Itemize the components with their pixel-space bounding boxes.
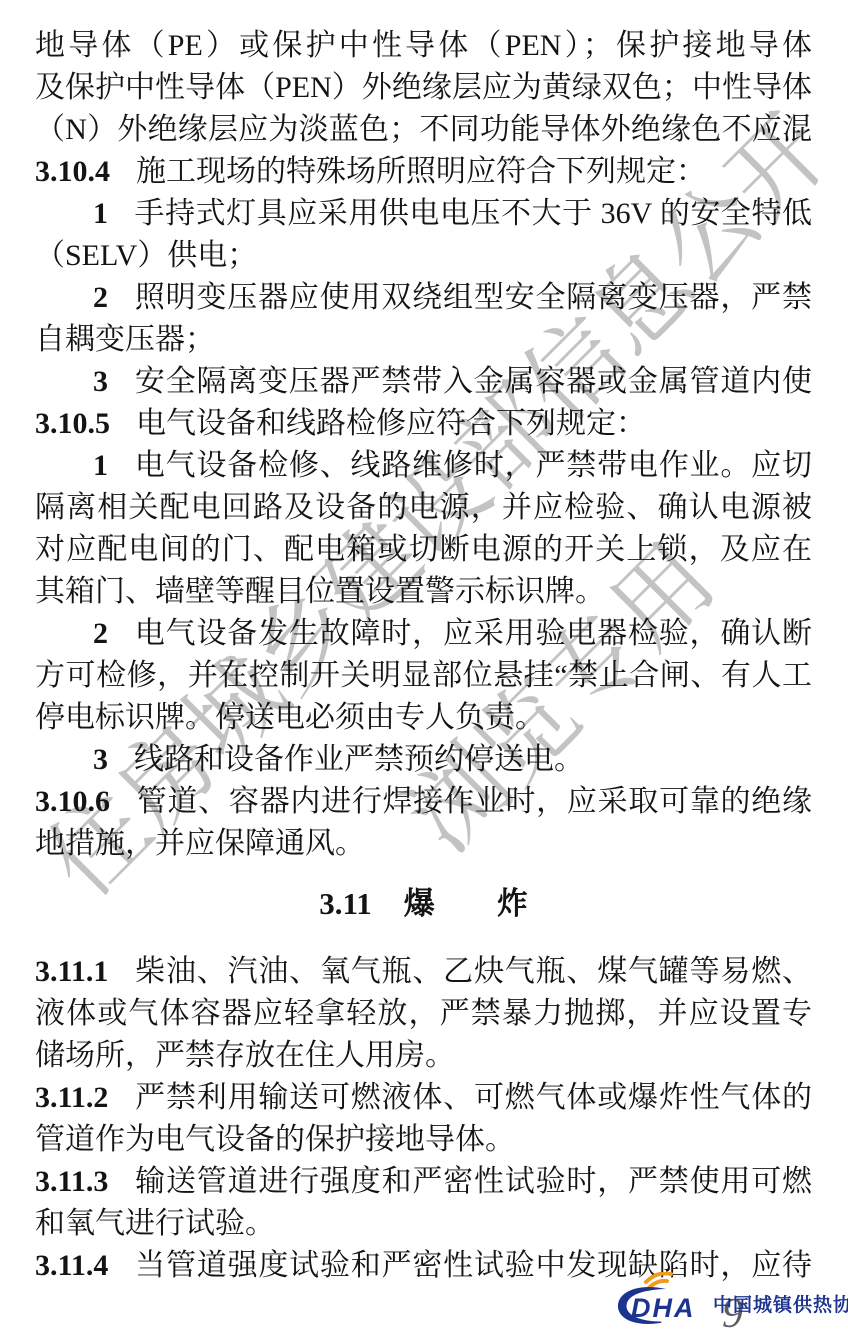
line-text: 施工现场的特殊场所照明应符合下列规定： xyxy=(136,155,706,188)
line-text: 线路和设备作业严禁预约停送电。 xyxy=(134,743,584,776)
clause-number: 3.10.5 xyxy=(35,407,110,440)
text-line: （N）外绝缘层应为淡蓝色；不同功能导体外绝缘色不应混用。 xyxy=(35,109,812,151)
line-text: 和氧气进行试验。 xyxy=(35,1207,275,1240)
line-text: 地措施，并应保障通风。 xyxy=(35,827,365,860)
clause-number: 3.11.4 xyxy=(35,1249,108,1282)
section-3-10-text-block: 地导体（PE）或保护中性导体（PEN）；保护接地导体（PE）及保护中性导体（PE… xyxy=(35,25,812,865)
text-line: 和氧气进行试验。 xyxy=(35,1203,812,1245)
document-page: 住房城乡建设部信息公开 浏览专用 地导体（PE）或保护中性导体（PEN）；保护接… xyxy=(0,0,848,1337)
line-text: 液体或气体容器应轻拿轻放，严禁暴力抛掷，并应设置专门的存 xyxy=(35,997,812,1035)
text-line: 隔离相关配电回路及设备的电源，并应检验、确认电源被切除， xyxy=(35,487,812,529)
section-3-11-text-block: 3.11.1柴油、汽油、氧气瓶、乙炔气瓶、煤气罐等易燃、易爆液体或气体容器应轻拿… xyxy=(35,951,812,1287)
line-text: 自耦变压器； xyxy=(35,323,215,356)
text-line: 3.11.2严禁利用输送可燃液体、可燃气体或爆炸性气体的金属 xyxy=(35,1077,812,1119)
line-text: 严禁利用输送可燃液体、可燃气体或爆炸性气体的金属 xyxy=(35,1081,812,1119)
line-text: 隔离相关配电回路及设备的电源，并应检验、确认电源被切除， xyxy=(35,491,812,529)
text-line: 3线路和设备作业严禁预约停送电。 xyxy=(35,739,812,781)
section-heading-number: 3.11 xyxy=(319,886,372,921)
text-line: 停电标识牌。停送电必须由专人负责。 xyxy=(35,697,812,739)
association-logo: DHA 中国城镇供热协会 xyxy=(610,1272,848,1335)
clause-number: 1 xyxy=(93,197,108,230)
line-text: 停电标识牌。停送电必须由专人负责。 xyxy=(35,701,545,734)
text-line: 方可检修，并在控制开关明显部位悬挂“禁止合闸、有人工作” xyxy=(35,655,812,697)
text-line: 1手持式灯具应采用供电电压不大于 36V 的安全特低电压 xyxy=(35,193,812,235)
line-text: 输送管道进行强度和严密性试验时，严禁使用可燃气体 xyxy=(35,1165,812,1203)
line-text: 手持式灯具应采用供电电压不大于 36V 的安全特低电压 xyxy=(93,197,812,235)
text-line: 储场所，严禁存放在住人用房。 xyxy=(35,1035,812,1077)
text-line: 3.10.4施工现场的特殊场所照明应符合下列规定： xyxy=(35,151,812,193)
clause-number: 3.10.4 xyxy=(35,155,110,188)
line-text: 照明变压器应使用双绕组型安全隔离变压器，严禁采用 xyxy=(93,281,812,319)
line-text: 其箱门、墙壁等醒目位置设置警示标识牌。 xyxy=(35,575,605,608)
clause-number: 3 xyxy=(93,743,108,776)
text-line: 其箱门、墙壁等醒目位置设置警示标识牌。 xyxy=(35,571,812,613)
text-line: 3安全隔离变压器严禁带入金属容器或金属管道内使用。 xyxy=(35,361,812,403)
line-text: 管道、容器内进行焊接作业时，应采取可靠的绝缘或接 xyxy=(35,785,812,823)
clause-number: 3.10.6 xyxy=(35,785,110,818)
line-text: （N）外绝缘层应为淡蓝色；不同功能导体外绝缘色不应混用。 xyxy=(35,113,812,151)
text-line: 地措施，并应保障通风。 xyxy=(35,823,812,865)
text-line: 对应配电间的门、配电箱或切断电源的开关上锁，及应在锁具或 xyxy=(35,529,812,571)
clause-number: 2 xyxy=(93,617,108,650)
line-text: 管道作为电气设备的保护接地导体。 xyxy=(35,1123,515,1156)
line-text: 对应配电间的门、配电箱或切断电源的开关上锁，及应在锁具或 xyxy=(35,533,812,571)
clause-number: 1 xyxy=(93,449,108,482)
text-line: 2照明变压器应使用双绕组型安全隔离变压器，严禁采用 xyxy=(35,277,812,319)
dha-letters: DHA xyxy=(631,1293,696,1323)
clause-number: 2 xyxy=(93,281,108,314)
text-line: 2电气设备发生故障时，应采用验电器检验，确认断电后 xyxy=(35,613,812,655)
line-text: 及保护中性导体（PEN）外绝缘层应为黄绿双色；中性导体 xyxy=(35,71,812,104)
section-heading: 3.11爆 炸 xyxy=(35,883,812,925)
text-line: 自耦变压器； xyxy=(35,319,812,361)
text-line: 管道作为电气设备的保护接地导体。 xyxy=(35,1119,812,1161)
association-name: 中国城镇供热协会 xyxy=(713,1290,848,1317)
clause-number: 3 xyxy=(93,365,108,398)
line-text: 安全隔离变压器严禁带入金属容器或金属管道内使用。 xyxy=(93,365,812,403)
text-line: 3.10.5电气设备和线路检修应符合下列规定： xyxy=(35,403,812,445)
text-line: 3.11.1柴油、汽油、氧气瓶、乙炔气瓶、煤气罐等易燃、易爆 xyxy=(35,951,812,993)
clause-number: 3.11.3 xyxy=(35,1165,108,1198)
text-line: （SELV）供电； xyxy=(35,235,812,277)
text-line: 1电气设备检修、线路维修时，严禁带电作业。应切断并 xyxy=(35,445,812,487)
clause-number: 3.11.2 xyxy=(35,1081,108,1114)
text-line: 3.10.6管道、容器内进行焊接作业时，应采取可靠的绝缘或接 xyxy=(35,781,812,823)
line-text: 电气设备和线路检修应符合下列规定： xyxy=(136,407,646,440)
dha-logo-icon: DHA xyxy=(610,1272,710,1335)
line-text: 地导体（PE）或保护中性导体（PEN）；保护接地导体（PE） xyxy=(35,29,812,67)
text-line: 3.11.3输送管道进行强度和严密性试验时，严禁使用可燃气体 xyxy=(35,1161,812,1203)
text-line: 液体或气体容器应轻拿轻放，严禁暴力抛掷，并应设置专门的存 xyxy=(35,993,812,1035)
line-text: 电气设备检修、线路维修时，严禁带电作业。应切断并 xyxy=(93,449,812,487)
text-line: 及保护中性导体（PEN）外绝缘层应为黄绿双色；中性导体 xyxy=(35,67,812,109)
text-line: 地导体（PE）或保护中性导体（PEN）；保护接地导体（PE） xyxy=(35,25,812,67)
text-area: 地导体（PE）或保护中性导体（PEN）；保护接地导体（PE）及保护中性导体（PE… xyxy=(35,25,812,1287)
line-text: 柴油、汽油、氧气瓶、乙炔气瓶、煤气罐等易燃、易爆 xyxy=(35,955,812,993)
line-text: 电气设备发生故障时，应采用验电器检验，确认断电后 xyxy=(93,617,812,655)
line-text: 方可检修，并在控制开关明显部位悬挂“禁止合闸、有人工作” xyxy=(35,659,812,697)
clause-number: 3.11.1 xyxy=(35,955,108,988)
line-text: （SELV）供电； xyxy=(35,239,257,272)
section-heading-title: 爆 炸 xyxy=(404,886,528,921)
line-text: 储场所，严禁存放在住人用房。 xyxy=(35,1039,455,1072)
